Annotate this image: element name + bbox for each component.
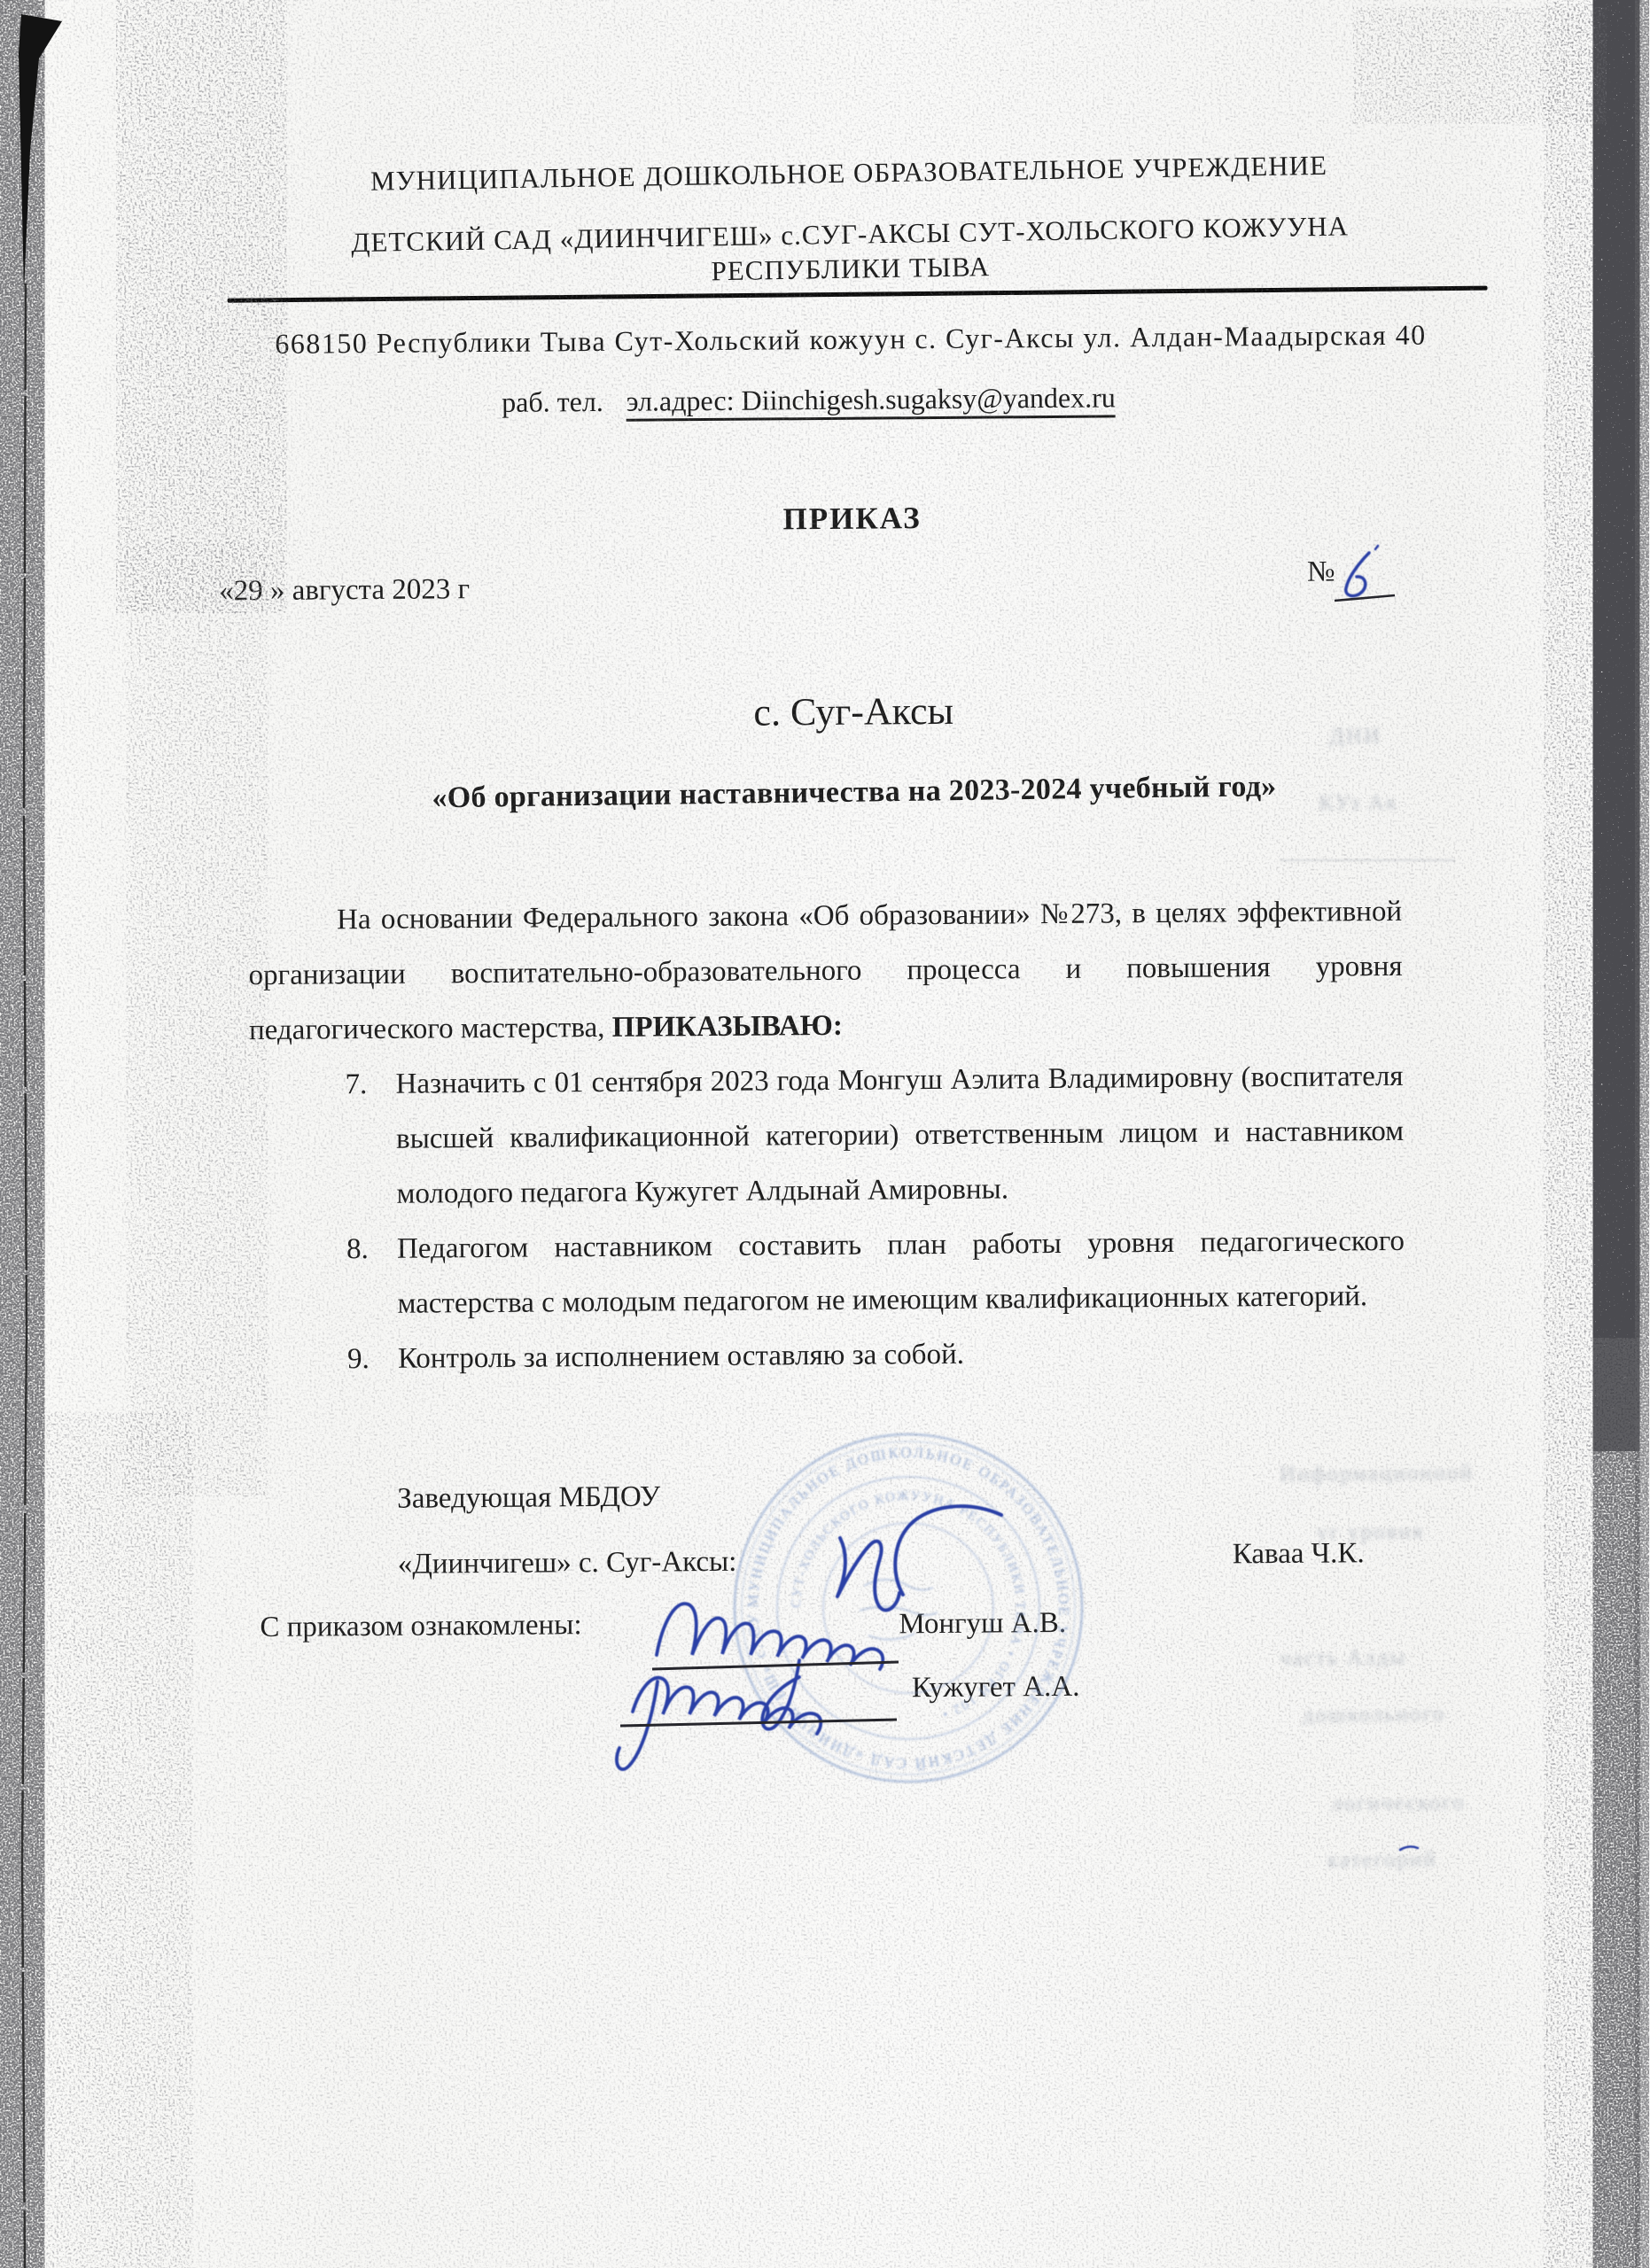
item-number: 8. [346, 1222, 398, 1332]
phone-label: раб. тел. [502, 385, 603, 418]
item-text: Назначить с 01 сентября 2023 года Монгуш… [395, 1049, 1404, 1222]
document-content: МУНИЦИПАЛЬНОЕ ДОШКОЛЬНОЕ ОБРАЗОВАТЕЛЬНОЕ… [0, 0, 1650, 2268]
signer-title-line-1: Заведующая МБДОУ [397, 1480, 660, 1515]
order-date: «29 » августа 2023 г [219, 573, 470, 608]
order-subject: «Об организации наставничества на 2023-2… [61, 765, 1647, 820]
order-item: 8. Педагогом наставником составить план … [251, 1214, 1405, 1332]
order-title: ПРИКАЗ [58, 495, 1645, 543]
scanned-order-document: ДНИ КУз Ак Информационной уг уровня част… [0, 0, 1650, 2268]
email-address: эл.адрес: Diinchigesh.sugaksy@yandex.ru [627, 381, 1116, 421]
signer-name-head: Каваа Ч.К. [1233, 1537, 1365, 1571]
order-intro-paragraph: На основании Федерального закона «Об обр… [248, 884, 1403, 1058]
item-text: Педагогом наставником составить план раб… [397, 1214, 1405, 1332]
letterhead-address: 668150 Республики Тыва Сут-Хольский кожу… [58, 317, 1644, 362]
order-number-label: № [1307, 555, 1335, 588]
letterhead: МУНИЦИПАЛЬНОЕ ДОШКОЛЬНОЕ ОБРАЗОВАТЕЛЬНОЕ… [56, 144, 1644, 299]
order-place: с. Суг-Аксы [60, 683, 1646, 741]
item-text: Контроль за исполнением оставляю за собо… [398, 1324, 1405, 1386]
acknowledged-label: С приказом ознакомлены: [260, 1609, 581, 1644]
acknowledged-name-2: Кужугет А.А. [912, 1671, 1080, 1705]
letterhead-contacts: раб. тел.эл.адрес: Diinchigesh.sugaksy@y… [15, 377, 1601, 423]
order-item: 9. Контроль за исполнением оставляю за с… [252, 1324, 1405, 1387]
acknowledged-name-1: Монгуш А.В. [899, 1607, 1066, 1641]
item-number: 7. [345, 1057, 396, 1222]
letterhead-line-1: МУНИЦИПАЛЬНОЕ ДОШКОЛЬНОЕ ОБРАЗОВАТЕЛЬНОЕ… [56, 144, 1642, 203]
item-number: 9. [347, 1332, 398, 1386]
signer-title-line-2: «Диинчигеш» с. Суг-Аксы: [398, 1546, 737, 1581]
order-item: 7. Назначить с 01 сентября 2023 года Мон… [249, 1049, 1404, 1223]
intro-directive-word: ПРИКАЗЫВАЮ: [612, 1010, 843, 1044]
order-items-list: 7. Назначить с 01 сентября 2023 года Мон… [249, 1049, 1405, 1387]
